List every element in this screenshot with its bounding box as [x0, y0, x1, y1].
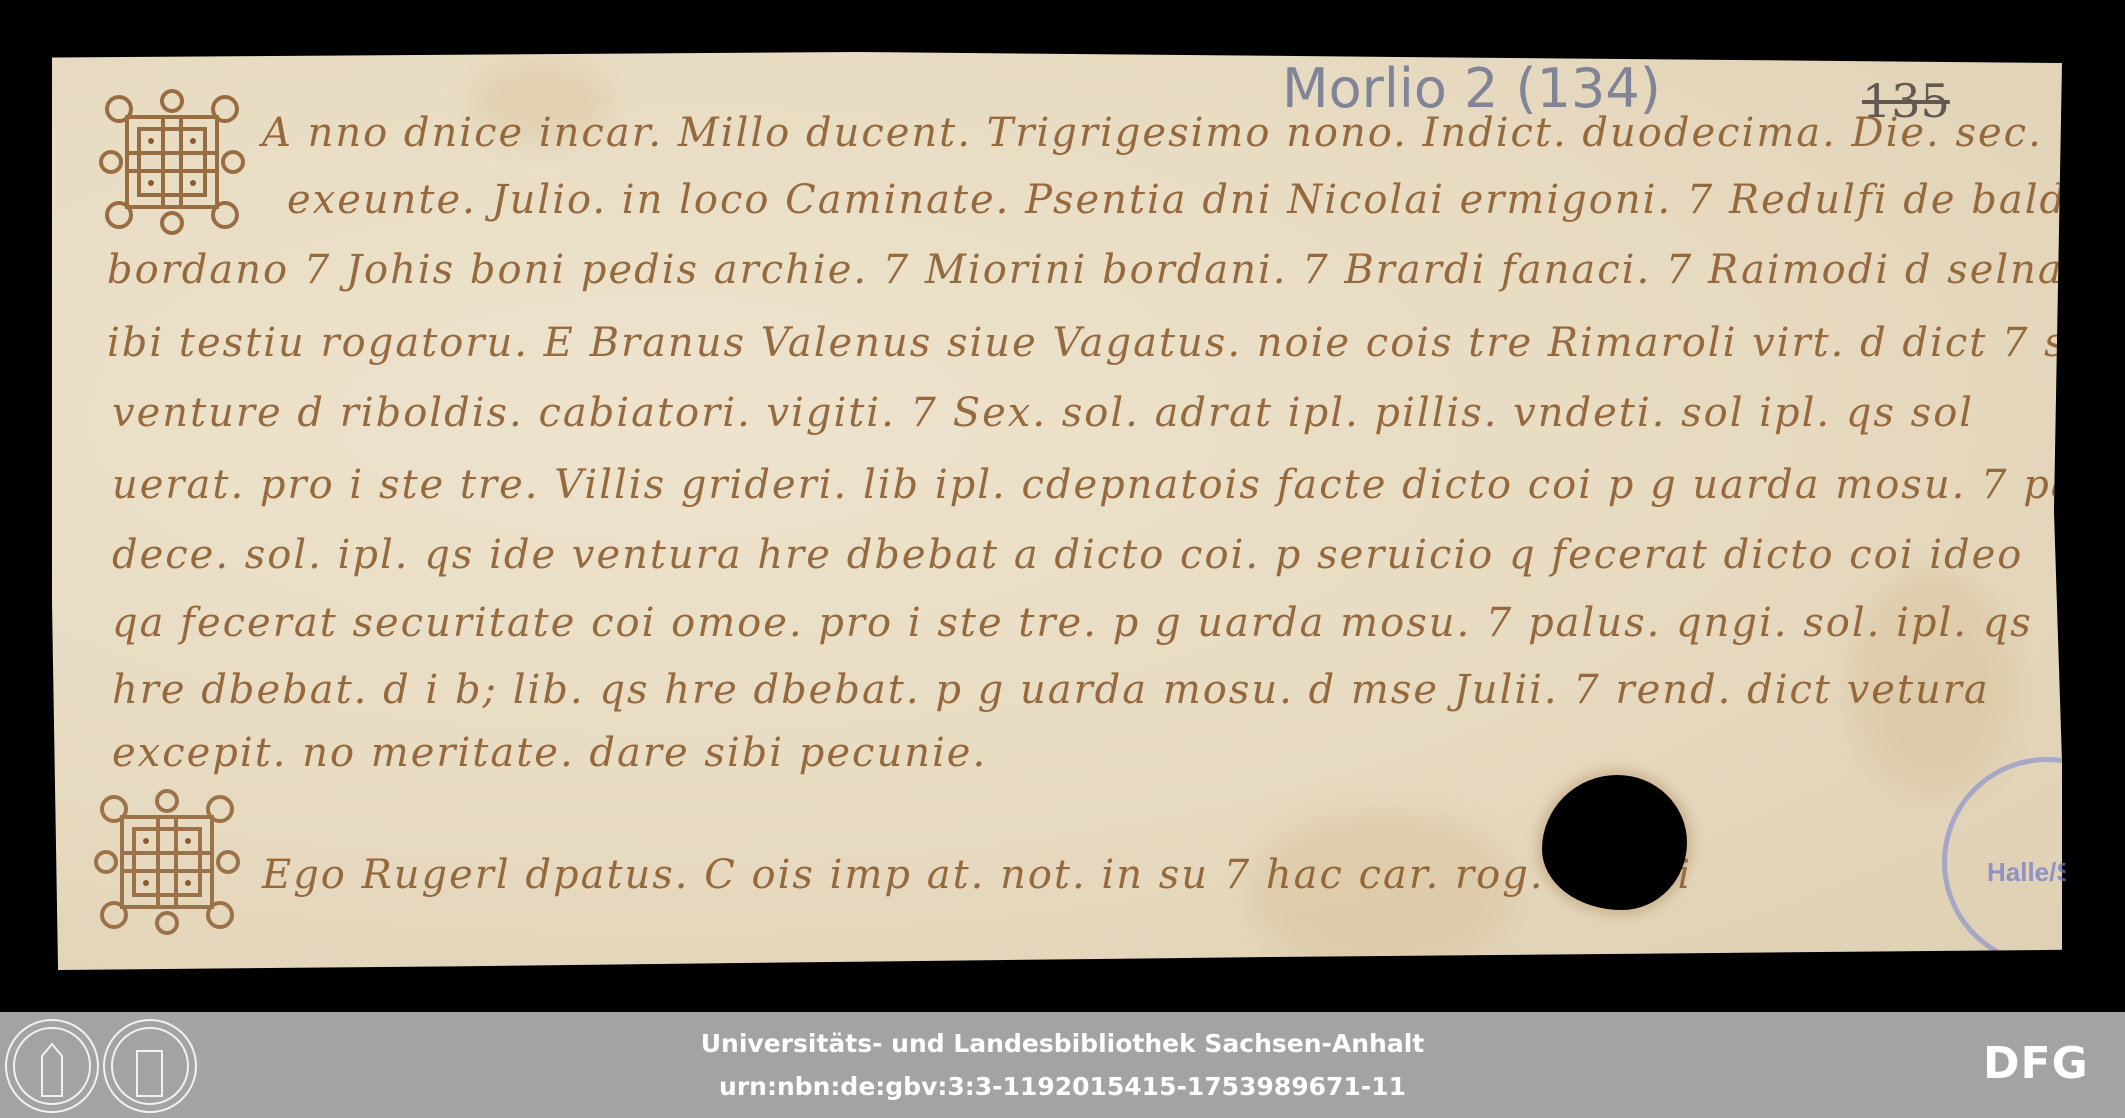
stamp-text: Halle/S	[1987, 857, 2074, 888]
text-line: hre dbebat. d i b; lib. qs hre dbebat. p…	[112, 667, 1990, 713]
image-viewport: Morlio 2 (134) 135 A nno dnice incar. Mi…	[0, 0, 2125, 1012]
text-line: A nno dnice incar. Millo ducent. Trigrig…	[262, 110, 2043, 156]
text-line: ibi testiu rogatoru. E Branus Valenus si…	[107, 320, 2125, 366]
footer-banner: Universitäts- und Landesbibliothek Sachs…	[0, 1012, 2125, 1118]
charter-text: A nno dnice incar. Millo ducent. Trigrig…	[52, 52, 2062, 970]
notary-signum-icon	[92, 787, 242, 937]
text-line: qa fecerat securitate coi omoe. pro i st…	[112, 600, 2033, 646]
text-line: excepit. no meritate. dare sibi pecunie.	[112, 730, 987, 776]
text-line: bordano 7 Johis boni pedis archie. 7 Mio…	[107, 247, 2106, 293]
text-line: venture d riboldis. cabiatori. vigiti. 7…	[112, 390, 1974, 436]
parchment-charter: Morlio 2 (134) 135 A nno dnice incar. Mi…	[52, 52, 2062, 970]
text-line: exeunte. Julio. in loco Caminate. Psenti…	[287, 177, 2093, 223]
dfg-logo: DFG	[1983, 1038, 2089, 1089]
seal-hole	[1542, 775, 1687, 910]
text-line: dece. sol. ipl. qs ide ventura hre dbeba…	[112, 532, 2023, 578]
urn-link[interactable]: urn:nbn:de:gbv:3:3-1192015415-1753989671…	[0, 1072, 2125, 1101]
institution-name: Universitäts- und Landesbibliothek Sachs…	[0, 1029, 2125, 1058]
notary-subscription: Ego Rugerl dpatus. C ois imp at. not. in…	[262, 852, 1692, 898]
text-line: uerat. pro i ste tre. Villis grideri. li…	[112, 462, 2125, 508]
